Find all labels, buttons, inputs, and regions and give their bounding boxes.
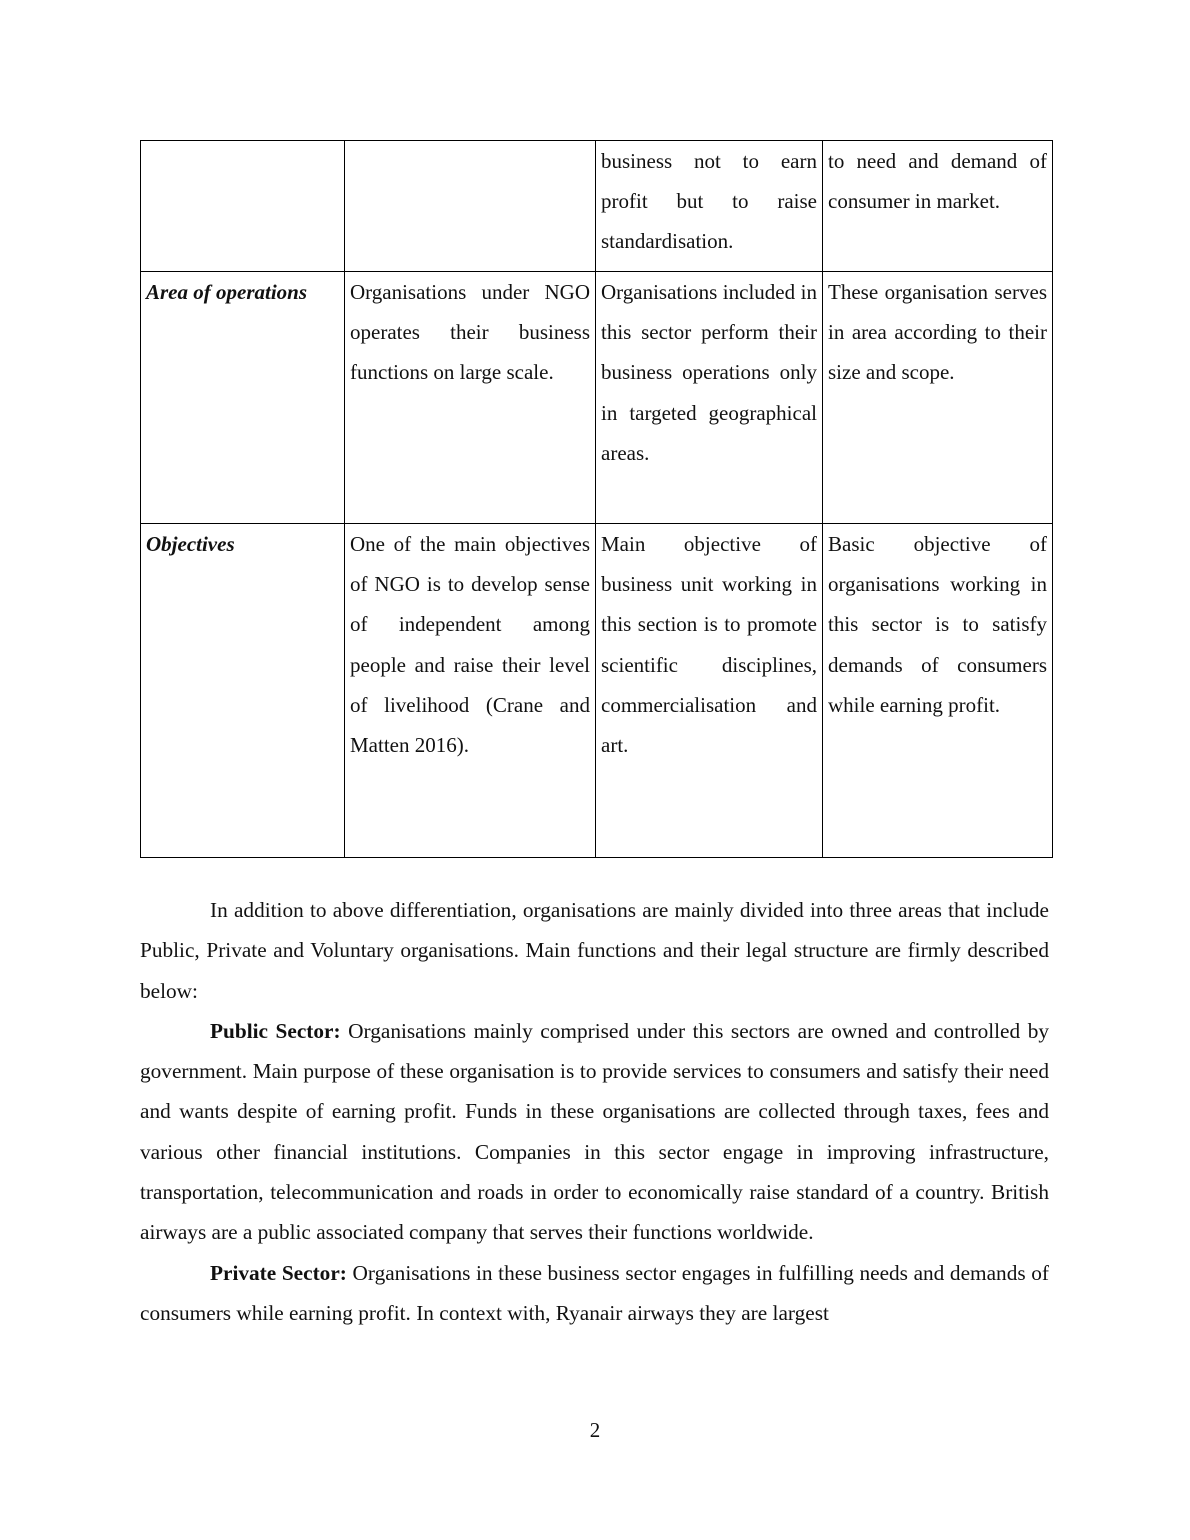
sector-cell: to need and demand of consumer in market… (823, 141, 1053, 272)
intro-paragraph: In addition to above differentiation, or… (140, 890, 1049, 1011)
table-row: Objectives One of the main objectives of… (141, 524, 1053, 858)
private-sector-heading: Private Sector: (210, 1261, 347, 1285)
row-label-cell: Area of operations (141, 272, 345, 524)
public-sector-paragraph: Public Sector: Organisations mainly comp… (140, 1011, 1049, 1253)
body-text: In addition to above differentiation, or… (140, 890, 1049, 1333)
document-page: business not to earn profit but to raise… (0, 0, 1190, 1540)
sector-cell: Basic objective of organisations working… (823, 524, 1053, 858)
public-sector-heading: Public Sector: (210, 1019, 341, 1043)
row-label-cell: Objectives (141, 524, 345, 858)
ngo-cell: One of the main objectives of NGO is to … (345, 524, 596, 858)
sector-cell: These organisation serves in area accord… (823, 272, 1053, 524)
row-label-cell (141, 141, 345, 272)
table-row: Area of operations Organisations under N… (141, 272, 1053, 524)
ngo-cell (345, 141, 596, 272)
table-row: business not to earn profit but to raise… (141, 141, 1053, 272)
page-number: 2 (0, 1416, 1190, 1444)
sector-cell: Organisations included in this sector pe… (596, 272, 823, 524)
public-sector-text: Organisations mainly comprised under thi… (140, 1019, 1049, 1244)
comparison-table: business not to earn profit but to raise… (140, 140, 1053, 858)
sector-cell: business not to earn profit but to raise… (596, 141, 823, 272)
ngo-cell: Organisations under NGO operates their b… (345, 272, 596, 524)
sector-cell: Main objective of business unit working … (596, 524, 823, 858)
private-sector-paragraph: Private Sector: Organisations in these b… (140, 1253, 1049, 1334)
